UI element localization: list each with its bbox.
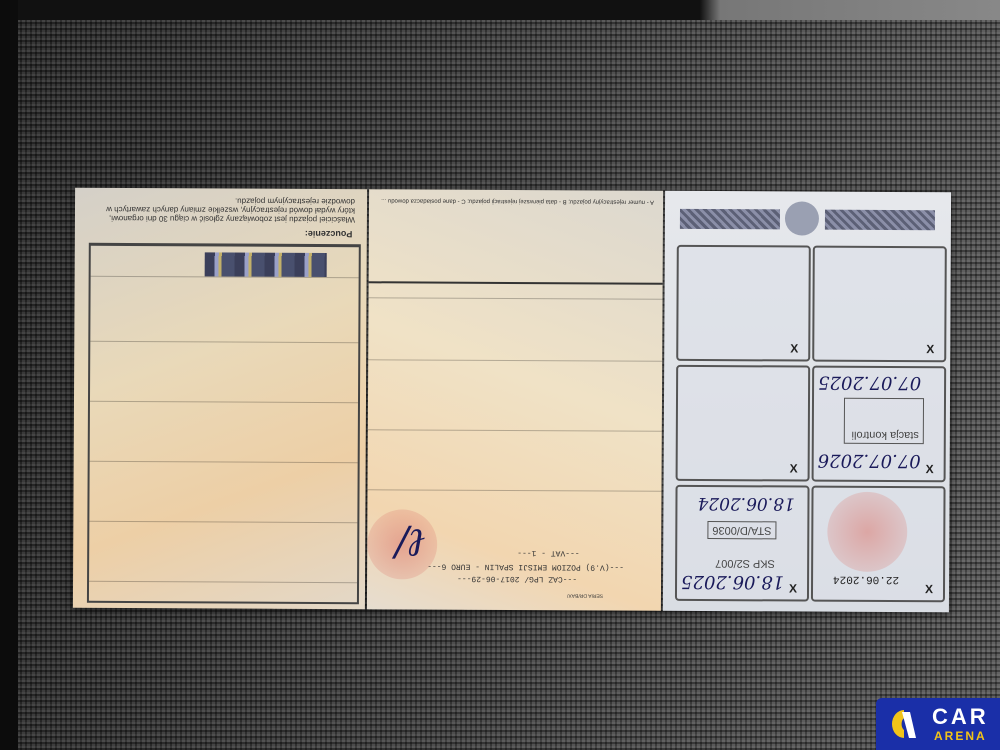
notice-text: Właściciel pojazdu jest zobowiązany zgło… [95,196,355,224]
middle-panel: A - numer rejestracyjny pojazdu; B - dat… [367,189,663,611]
inspection-box-1: 22.06.2024 X [811,486,946,603]
handwritten-date: 18.06.2024 [697,493,794,514]
next-inspection-date: 18.06.2025 [681,571,784,593]
footer-text: SERIA DR/BAX/ [567,590,603,599]
station-code: SKP S2/007 [711,555,779,571]
inspection-stamp: stacja kontroli [844,398,924,444]
inspection-stamp: STA/D/0036 [707,521,776,539]
inspection-box-5: X [812,246,947,363]
divider [369,281,663,285]
official-seal [827,492,907,572]
notice-heading: Pouczenie: [305,229,353,238]
annotation-lpg: ---CAZ LPG/ 2017-06-29--- [457,574,577,584]
left-shadow [0,0,18,750]
eagle-emblem-icon [785,201,819,235]
left-frame [87,243,361,604]
inspection-box-2: 18.06.2024 STA/D/0036 SKP S2/007 18.06.2… [675,485,810,602]
handwritten-date: 07.07.2025 [818,372,921,394]
top-shadow [0,0,1000,20]
signature: ℓ/ [395,519,425,566]
annotation-emission: ---(V.9) POZIOM EMISJI SPALIN - EURO 6--… [427,562,624,572]
watermark-line2: ARENA [934,729,987,743]
annotation-vat: ---VAT - 1--- [517,548,579,557]
next-inspection-date: 22.06.2024 [833,574,899,583]
right-panel: X X X 07.07.2025 stacja kontroli 07.07.2… [663,191,951,612]
hologram [205,252,327,277]
watermark-line1: CAR [932,704,989,730]
car-arena-logo-icon [890,708,916,740]
car-arena-watermark: CAR ARENA [876,698,1000,750]
inspection-box-4: X [676,365,811,482]
registration-document: Właściciel pojazdu jest zobowiązany zgło… [73,188,951,613]
inspection-box-6: X [676,245,811,362]
legend-text: A - numer rejestracyjny pojazdu; B - dat… [379,195,654,205]
left-panel: Właściciel pojazdu jest zobowiązany zgło… [73,188,367,610]
inspection-box-3: 07.07.2025 stacja kontroli 07.07.2026 X [812,366,947,483]
next-inspection-date: 07.07.2026 [818,450,921,472]
